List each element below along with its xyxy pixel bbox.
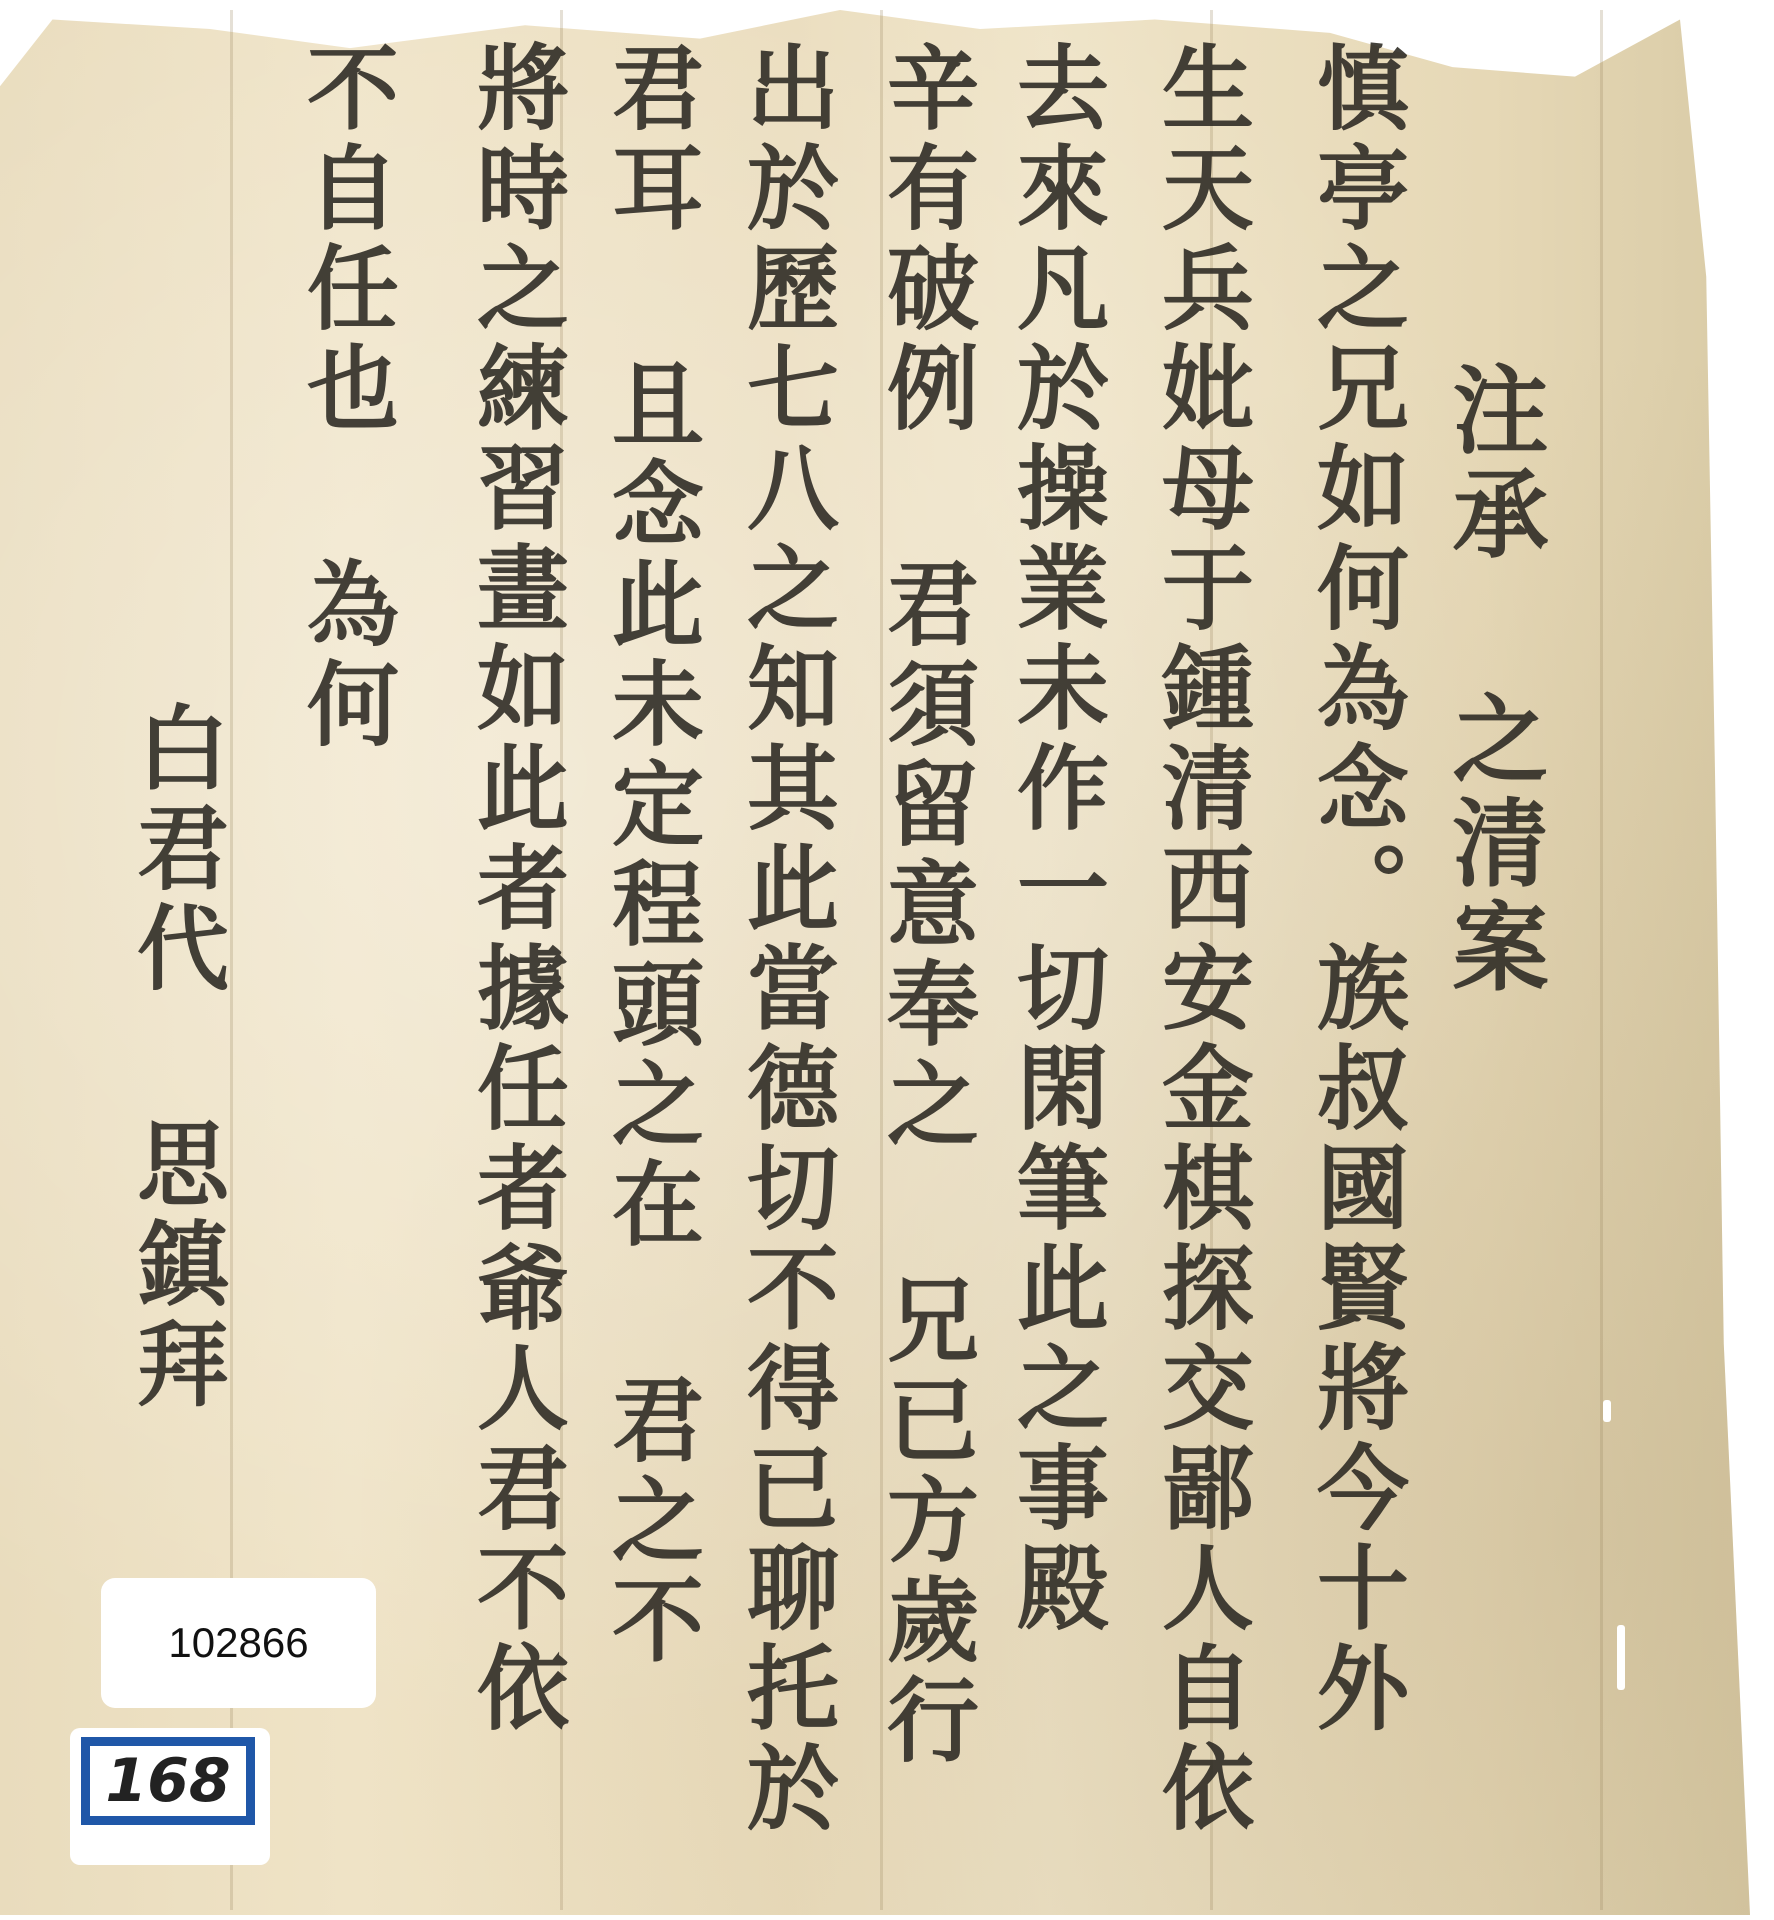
catalog-number-label: 102866	[101, 1578, 376, 1708]
text-column-6: 君耳 且念此未定程頭之在 君之不	[605, 40, 697, 1840]
text-column-1: 慎亭之兄如何為念。族叔國賢將今十外	[1310, 40, 1402, 1840]
text-column-2: 生天兵妣母于鍾清西安金棋探交鄙人自依	[1155, 40, 1247, 1840]
item-number-label: 168	[70, 1728, 270, 1865]
paper-fold-line	[1600, 10, 1603, 1910]
item-number: 168	[105, 1746, 230, 1816]
item-number-box: 168	[81, 1737, 255, 1825]
paper-tear	[1617, 1625, 1625, 1690]
salutation-column: 注承 之清案	[1445, 360, 1541, 1020]
signature-column: 白君代 思鎮拜	[130, 700, 222, 1420]
text-column-7: 將時之練習畫如此者據任者爺人君不依	[470, 40, 562, 1840]
text-column-5: 出於歷七八之知其此當德切不得已聊托於	[740, 40, 832, 1840]
text-column-8: 不自任也 為何	[300, 40, 392, 800]
text-column-4: 辛有破例 君須留意奉之 兄已方歲行	[880, 40, 972, 1840]
text-column-3: 去來凡於操業未作一切閑筆此之事殿	[1010, 40, 1102, 1840]
catalog-number: 102866	[168, 1619, 308, 1667]
paper-tear	[1603, 1400, 1611, 1422]
